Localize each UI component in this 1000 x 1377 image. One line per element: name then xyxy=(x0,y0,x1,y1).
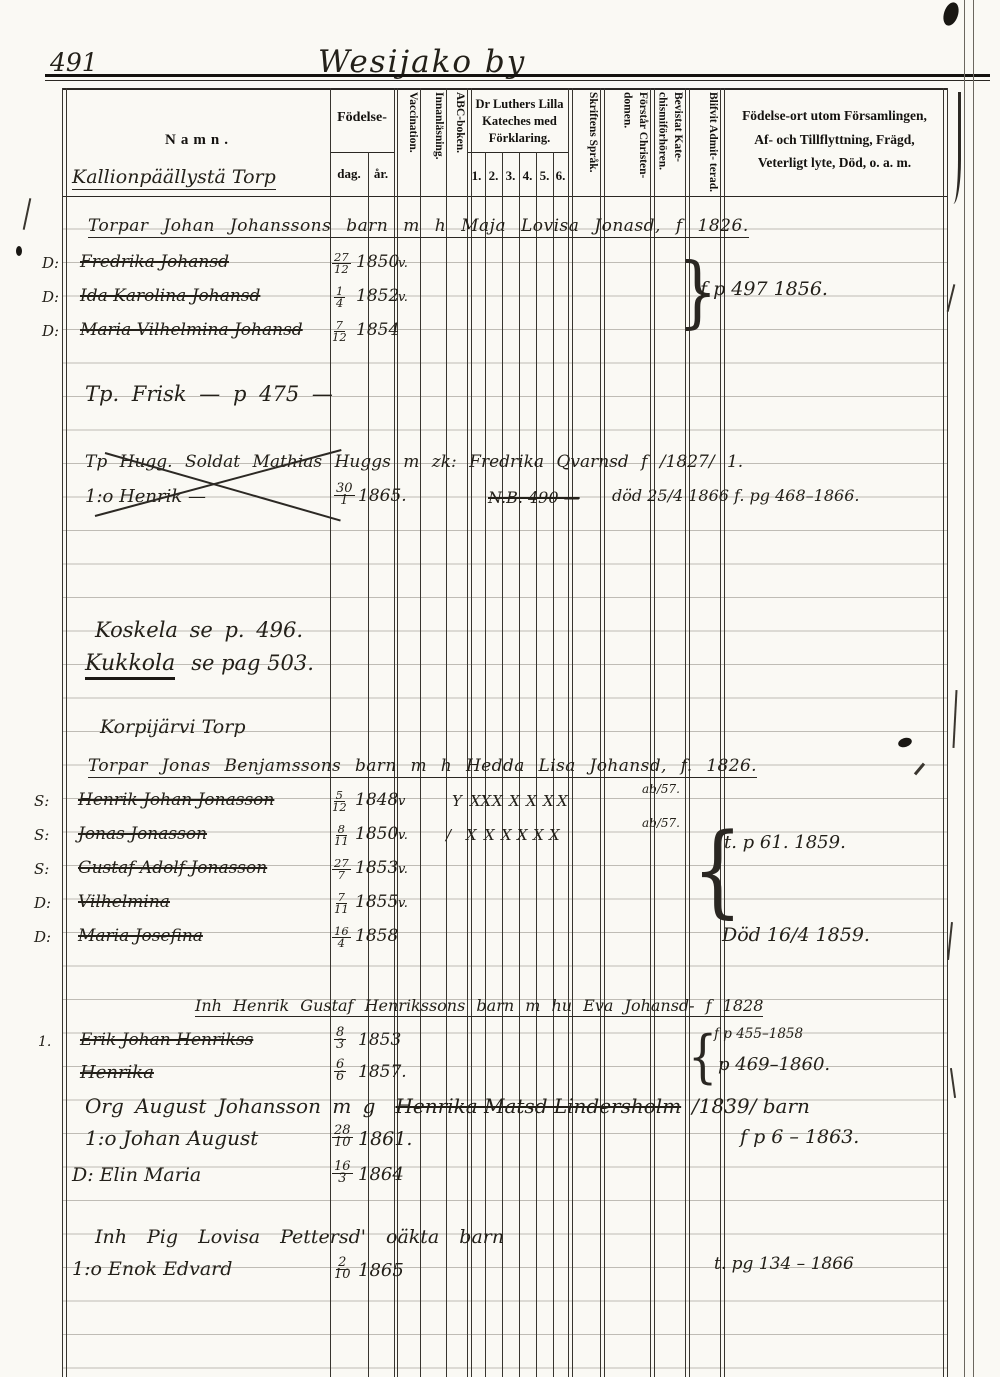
birth-month: 4 xyxy=(338,938,345,949)
note-koskela: Koskela se p. 496. xyxy=(95,618,303,642)
row-name: Fredrika Johansd xyxy=(80,252,229,272)
kukkola-word: Kukkola xyxy=(85,651,175,680)
birth-month: 10 xyxy=(334,1138,351,1149)
ink-blot xyxy=(16,246,22,256)
row-name: D: Elin Maria xyxy=(72,1164,201,1186)
kateches-mark: XX xyxy=(470,792,491,810)
birth-month: 10 xyxy=(334,1270,351,1281)
grid-vline xyxy=(572,88,573,1377)
family-header-part1: Org August Johansson m g xyxy=(85,1094,375,1118)
row-name: Ida Karolina Johansd xyxy=(80,286,260,306)
row-name: Henrika xyxy=(80,1062,154,1083)
row-name: 1:o Johan August xyxy=(85,1126,258,1150)
notes-line-2: Af- och Tillflyttning, Frägd, xyxy=(726,128,943,152)
notes-line-3: Veterligt lyte, Död, o. a. m. xyxy=(726,151,943,175)
kateches-col-3: 3. xyxy=(502,168,519,184)
kateches-col-1: 1. xyxy=(468,168,485,184)
family-header-august-johansson: Org August Johansson m g Henrika Matsd L… xyxy=(85,1094,681,1118)
kateches-mark: X xyxy=(517,826,528,844)
row-name: Gustaf Adolf Jonasson xyxy=(78,858,267,878)
kateches-mark: / xyxy=(446,826,451,844)
grid-vline xyxy=(420,88,421,1377)
col-header-ar: år. xyxy=(368,166,394,182)
fodelse-divider xyxy=(330,152,394,153)
col-header-abc-boken: ABC-boken. xyxy=(447,92,467,194)
kateches-col-6: 6. xyxy=(553,168,568,184)
kateches-col-2: 2. xyxy=(485,168,502,184)
kateches-col-4: 4. xyxy=(519,168,536,184)
col-header-vaccination: Vaccination. xyxy=(398,92,420,194)
family-header-jonas-benjamsson: Torpar Jonas Benjamssons barn m h Hedda … xyxy=(88,756,757,778)
birth-year: 1850 xyxy=(356,252,399,272)
kateches-mark: X xyxy=(557,792,568,810)
col-header-fodelse: Födelse- xyxy=(330,110,394,126)
grid-vline xyxy=(568,88,569,1377)
row-prefix: S: xyxy=(34,860,49,878)
row-name: Maria Josefina xyxy=(78,926,203,946)
section-heading-korpijarvi: Korpijärvi Torp xyxy=(100,716,245,738)
birth-month: 12 xyxy=(332,802,347,813)
margin-note-ab57: ab/57. xyxy=(642,816,680,830)
row-prefix: D: xyxy=(42,288,59,306)
col-header-forstar-christendomen: Förstår Christen- domen. xyxy=(606,92,650,194)
row-prefix: S: xyxy=(34,792,49,810)
grid-vline xyxy=(654,88,655,1377)
birth-month: 1 xyxy=(340,496,348,507)
birth-year: 1850. xyxy=(355,824,404,844)
birth-month: 7 xyxy=(338,870,345,881)
grid-vline xyxy=(947,88,948,1377)
family-header-part3: /1839/ barn xyxy=(692,1094,810,1118)
birth-month: 12 xyxy=(334,264,349,275)
birth-year: 1854 xyxy=(356,320,399,340)
birth-month: 4 xyxy=(336,298,343,309)
birth-month: 3 xyxy=(338,1174,346,1185)
col-header-innanlasning: Innanläsning. xyxy=(421,92,446,194)
nb-note: N.B. 490 — xyxy=(488,488,580,507)
margin-note-died-1859: Död 16/4 1859. xyxy=(722,924,870,946)
margin-note-p469-1860: p 469–1860. xyxy=(718,1054,830,1075)
margin-note-ab57: ab/57. xyxy=(642,782,680,796)
birth-year: 1848. xyxy=(355,790,404,810)
kukkola-rest: se pag 503. xyxy=(191,651,314,675)
kateches-mark: X xyxy=(501,826,512,844)
family-header-lovisa: Inh Pig Lovisa Pettersd' oäkta barn xyxy=(95,1226,504,1248)
kateches-mark: Y xyxy=(452,792,462,810)
ink-mark xyxy=(23,198,32,230)
note-kukkola: Kukkola se pag 503. xyxy=(85,651,314,676)
page-margin-line xyxy=(964,0,965,1377)
birth-year: 1861. xyxy=(358,1128,412,1150)
birth-year: 1853. xyxy=(355,858,404,878)
row-name: Vilhelmina xyxy=(78,892,170,912)
kateches-mark: X xyxy=(492,792,503,810)
row-prefix: D: xyxy=(42,322,59,340)
margin-note-p6-1863: f p 6 – 1863. xyxy=(740,1126,859,1148)
scanned-parish-register-page: 491 Wesijako by Namn. Födelse- dag. år. … xyxy=(0,0,1000,1377)
margin-note-p455-1858: f p 455–1858 xyxy=(714,1026,803,1042)
row-name: Erik Johan Henrikss xyxy=(80,1030,253,1050)
birth-year: 1855. xyxy=(355,892,404,912)
birth-year: 1858 xyxy=(355,926,398,946)
grid-vline xyxy=(467,88,468,1377)
top-rule xyxy=(45,74,990,77)
ink-mark xyxy=(950,1068,956,1098)
birth-month: 3 xyxy=(336,1040,344,1051)
grid-vline xyxy=(330,88,331,1377)
grid-vline xyxy=(62,88,63,1377)
row-prefix: 1. xyxy=(38,1034,51,1050)
row-prefix: D: xyxy=(34,928,51,946)
page-margin-line xyxy=(973,0,974,1377)
family-header-wife-name: Henrika Matsd Lindersholm xyxy=(395,1094,681,1118)
vaccination-mark: v. xyxy=(398,896,408,911)
row-name: Henrik Johan Jonasson xyxy=(78,790,274,810)
row-name: 1:o Enok Edvard xyxy=(72,1258,232,1280)
col-header-dag: dag. xyxy=(330,166,368,182)
margin-note-p61-1859: t. p 61. 1859. xyxy=(724,832,846,853)
kateches-mark: X xyxy=(533,826,544,844)
col-header-skriftens-sprak: Skriftens Språk. xyxy=(573,92,600,194)
page-number: 491 xyxy=(50,48,98,77)
birth-month: 11 xyxy=(334,904,349,915)
kateches-mark: X xyxy=(543,792,554,810)
grid-vline xyxy=(66,88,67,1377)
kateches-mark: X xyxy=(526,792,537,810)
col-header-namn: Namn. xyxy=(68,132,330,149)
kateches-col-5: 5. xyxy=(536,168,553,184)
kateches-mark: X xyxy=(466,826,477,844)
kateches-mark: X xyxy=(509,792,520,810)
col-header-kateches: Dr Luthers Lilla Kateches med Förklaring… xyxy=(471,96,568,147)
birth-month: 12 xyxy=(332,332,347,343)
family-header-henrik-gustaf: Inh Henrik Gustaf Henrikssons barn m hu … xyxy=(195,996,763,1017)
row-prefix: S: xyxy=(34,826,49,844)
ink-mark xyxy=(948,92,961,204)
col-header-blifvit-admitterad: Blifvit Admit- terad. xyxy=(690,92,720,194)
birth-year: 1865 xyxy=(358,1260,404,1281)
birth-month: 11 xyxy=(334,836,349,847)
kateches-mark: X xyxy=(549,826,560,844)
notes-line-1: Födelse-ort utom Församlingen, xyxy=(726,104,943,128)
table-top-border xyxy=(62,88,948,90)
col-header-notes: Födelse-ort utom Församlingen, Af- och T… xyxy=(726,104,943,175)
ruled-lines xyxy=(62,196,948,1377)
note-frisk: Tp. Frisk — p 475 — xyxy=(85,382,333,406)
brace-mark: { xyxy=(692,812,743,928)
grid-vline xyxy=(446,88,447,1377)
margin-note-pg134-1866: t. pg 134 – 1866 xyxy=(714,1254,854,1274)
vaccination-mark: v. xyxy=(398,290,408,305)
ink-blot xyxy=(941,0,962,27)
birth-year: 1865. xyxy=(358,486,407,506)
row-prefix: D: xyxy=(42,254,59,272)
grid-vline xyxy=(943,88,944,1377)
margin-note-moved-1856: f p 497 1856. xyxy=(700,278,828,300)
row-name: Jonas Jonasson xyxy=(78,824,207,844)
grid-vline xyxy=(650,88,651,1377)
vaccination-mark: v. xyxy=(398,862,408,877)
brace-mark: { xyxy=(688,1022,717,1090)
row-name: Maria Vilhelmina Johansd xyxy=(80,320,303,340)
grid-vline xyxy=(600,88,601,1377)
vaccination-mark: v. xyxy=(398,828,408,843)
birth-year: 1853 xyxy=(358,1030,401,1050)
section-heading-kallionpaallysta: Kallionpäällystä Torp xyxy=(72,166,276,190)
grid-vline xyxy=(604,88,605,1377)
vaccination-mark: v xyxy=(398,794,405,809)
margin-note-died-1866: död 25/4 1866 f. pg 468–1866. xyxy=(612,486,859,505)
family-header-johan-johansson: Torpar Johan Johanssons barn m h Maja Lo… xyxy=(88,216,749,238)
birth-year: 1852 xyxy=(356,286,399,306)
top-rule-thin xyxy=(45,80,990,81)
birth-year: 1864 xyxy=(358,1164,404,1185)
row-prefix: D: xyxy=(34,894,51,912)
kateches-mark: X xyxy=(484,826,495,844)
birth-month: 6 xyxy=(336,1072,344,1083)
vaccination-mark: v. xyxy=(398,256,408,271)
ink-mark xyxy=(952,690,957,748)
family-header-soldat-hugg: Tp Hugg. Soldat Mathias Huggs m zk: Fred… xyxy=(85,452,743,472)
col-header-bevistat-katechismiforhoren: Bevistat Kate- chismiförhören. xyxy=(655,92,685,194)
grid-vline xyxy=(471,88,472,1377)
birth-year: 1857. xyxy=(358,1062,407,1082)
